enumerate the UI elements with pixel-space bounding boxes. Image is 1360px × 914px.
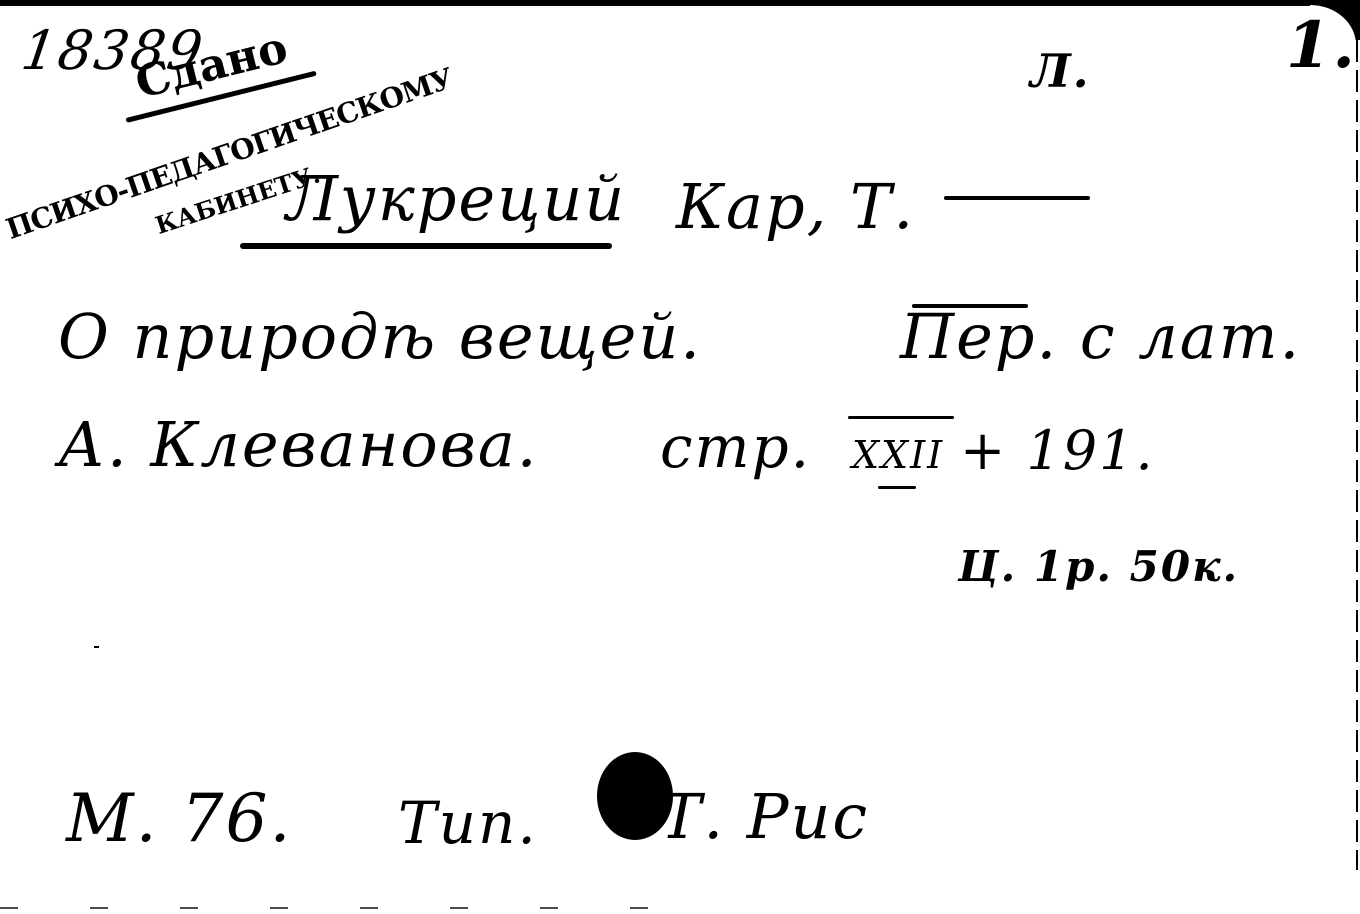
author-surname-underline xyxy=(240,243,612,249)
roman-overbar xyxy=(848,416,954,419)
author-rest: Кар, Т. xyxy=(676,176,915,238)
author-initial-bar xyxy=(944,196,1090,200)
roman-underbar xyxy=(878,486,916,489)
pages-label: стр. xyxy=(660,418,811,476)
catalog-card: 18389 Л. 1. Сдано ПСИХО-ПЕДАГОГИЧЕСКОМУ … xyxy=(0,0,1360,914)
pages-roman: XXII xyxy=(852,436,944,474)
shelf-mark: Л. xyxy=(1030,48,1091,94)
card-top-left-corner xyxy=(8,6,1360,36)
translator-name: А. Клеванова. xyxy=(58,414,539,476)
card-right-edge xyxy=(1356,40,1358,870)
pages-count: + 191. xyxy=(960,424,1155,478)
translation-note: Пер. с лат. xyxy=(900,306,1301,368)
book-title: О природѣ вещей. xyxy=(58,306,702,368)
author-surname: Лукреций xyxy=(286,168,626,230)
ink-speck xyxy=(94,646,99,648)
imprint-printer-label: Тип. xyxy=(398,794,538,852)
price: Ц. 1р. 50к. xyxy=(958,546,1239,588)
card-bottom-edge xyxy=(0,907,700,909)
imprint-printer-name: Т. Рис xyxy=(660,786,869,848)
translation-overbar xyxy=(912,304,1028,308)
card-number: 1. xyxy=(1286,14,1357,78)
punch-hole xyxy=(597,752,673,840)
imprint-place-year: М. 76. xyxy=(66,786,293,852)
